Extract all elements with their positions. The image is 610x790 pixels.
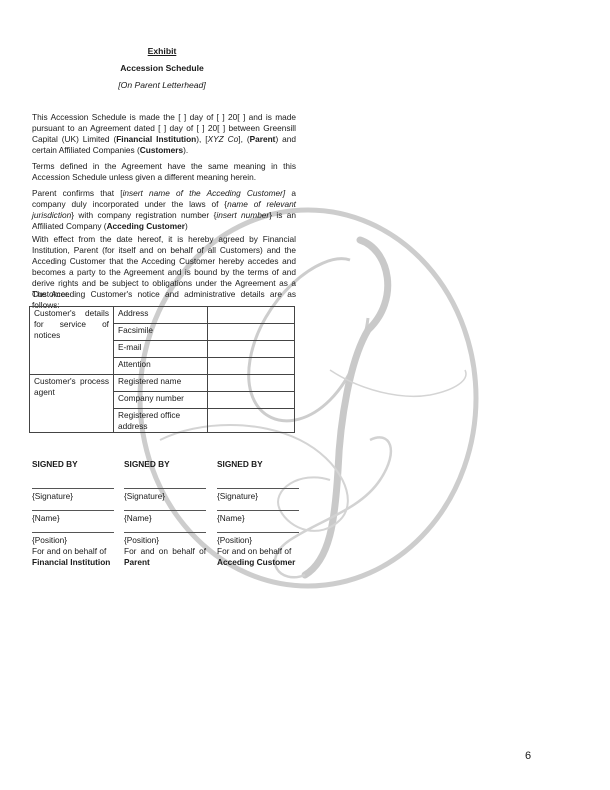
paragraph-terms: Terms defined in the Agreement have the … xyxy=(32,161,296,183)
signature-block-acceding-customer: SIGNED BY {Signature} {Name} {Position} … xyxy=(217,459,299,568)
document-title: Accession Schedule xyxy=(29,63,295,74)
page-number: 6 xyxy=(525,750,531,762)
behalf-label: For and on behalf of xyxy=(217,546,299,557)
field-label: Attention xyxy=(114,358,208,375)
notice-details-table: Customer's details for service of notice… xyxy=(29,306,295,433)
field-label: Address xyxy=(114,307,208,324)
table-row: Customer's process agent Registered name xyxy=(30,375,295,392)
name-line[interactable]: {Name} xyxy=(217,510,299,524)
field-value[interactable] xyxy=(208,409,295,433)
signed-by-label: SIGNED BY xyxy=(124,459,206,479)
field-value[interactable] xyxy=(208,324,295,341)
signature-block-financial-institution: SIGNED BY {Signature} {Name} {Position} … xyxy=(32,459,114,568)
behalf-label: For and on behalf of xyxy=(32,546,114,557)
signed-by-label: SIGNED BY xyxy=(32,459,114,479)
paragraph-parties: This Accession Schedule is made the [ ] … xyxy=(32,112,296,156)
group-label: Customer's details for service of notice… xyxy=(30,307,114,375)
field-value[interactable] xyxy=(208,392,295,409)
name-line[interactable]: {Name} xyxy=(124,510,206,524)
behalf-label: For and on behalf of xyxy=(124,546,206,557)
name-line[interactable]: {Name} xyxy=(32,510,114,524)
field-value[interactable] xyxy=(208,358,295,375)
exhibit-heading: Exhibit xyxy=(29,46,295,57)
field-value[interactable] xyxy=(208,307,295,324)
position-line[interactable]: {Position} xyxy=(32,532,114,546)
field-label: Registered office address xyxy=(114,409,208,433)
position-line[interactable]: {Position} xyxy=(217,532,299,546)
field-label: Facsimile xyxy=(114,324,208,341)
paragraph-confirmation: Parent confirms that [insert name of the… xyxy=(32,188,296,232)
field-label: Company number xyxy=(114,392,208,409)
party-name: Parent xyxy=(124,557,206,568)
party-name: Financial Institution xyxy=(32,557,114,568)
signature-line[interactable]: {Signature} xyxy=(217,488,299,502)
field-label: Registered name xyxy=(114,375,208,392)
document-page: Exhibit Accession Schedule [On Parent Le… xyxy=(0,0,610,790)
party-name: Acceding Customer xyxy=(217,557,299,568)
signature-line[interactable]: {Signature} xyxy=(124,488,206,502)
letterhead-note: [On Parent Letterhead] xyxy=(29,80,295,91)
field-value[interactable] xyxy=(208,375,295,392)
group-label: Customer's process agent xyxy=(30,375,114,433)
signature-line[interactable]: {Signature} xyxy=(32,488,114,502)
position-line[interactable]: {Position} xyxy=(124,532,206,546)
field-value[interactable] xyxy=(208,341,295,358)
signature-block-parent: SIGNED BY {Signature} {Name} {Position} … xyxy=(124,459,206,568)
signed-by-label: SIGNED BY xyxy=(217,459,299,479)
field-label: E-mail xyxy=(114,341,208,358)
table-row: Customer's details for service of notice… xyxy=(30,307,295,324)
